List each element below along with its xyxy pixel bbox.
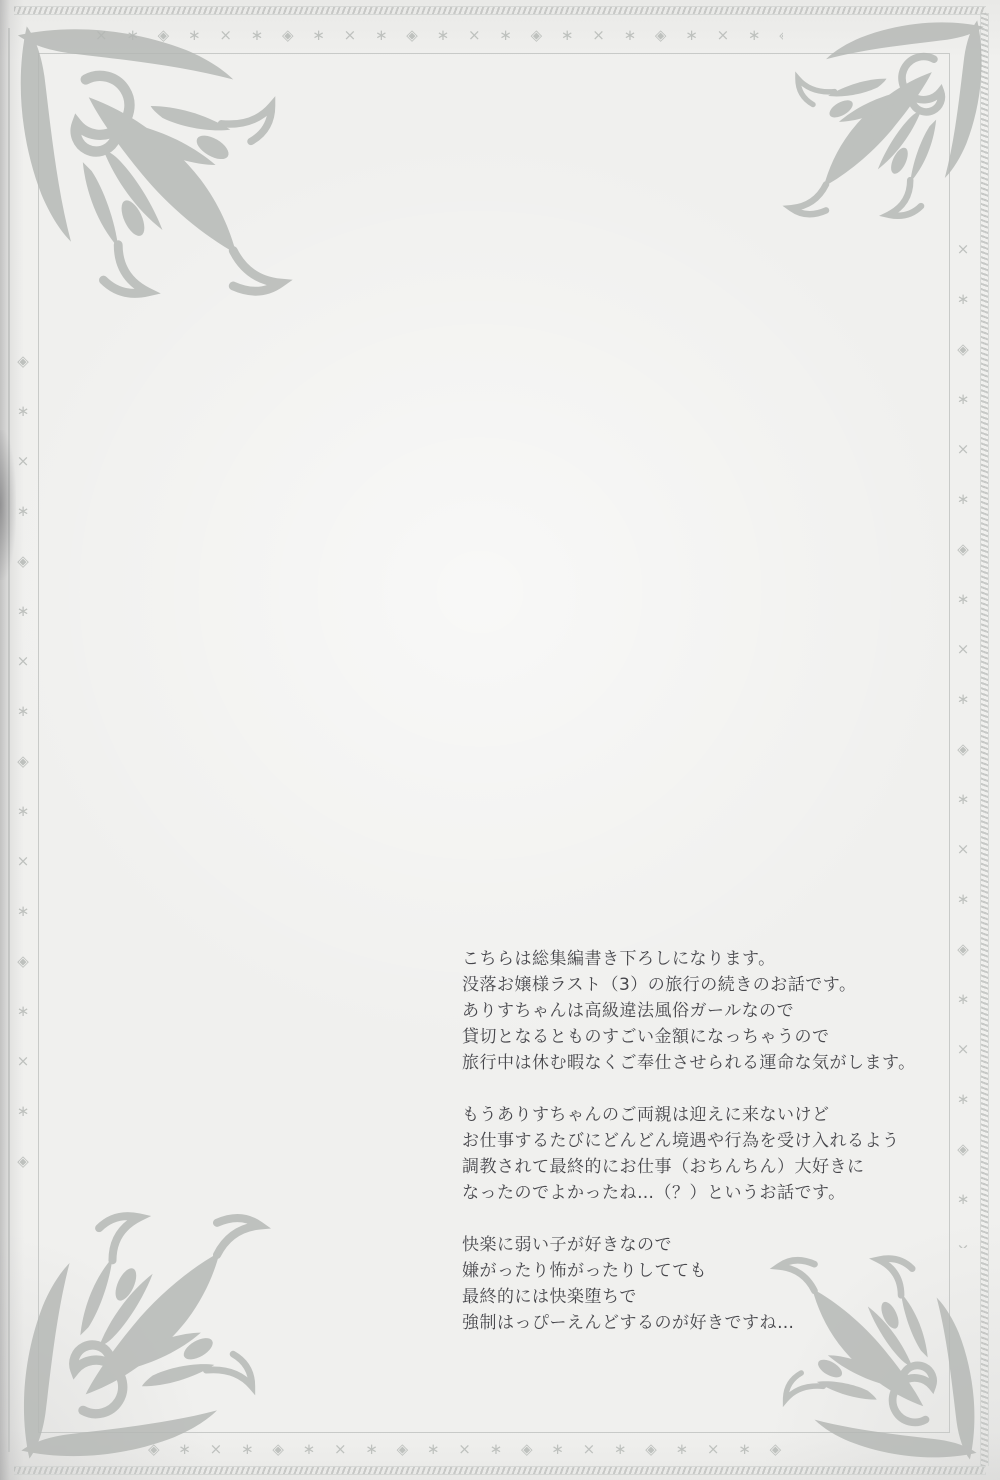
afterword-line: なったのでよかったね…（？）というお話です。 [462,1180,932,1206]
afterword-line: お仕事するたびにどんどん境遇や行為を受け入れるよう [462,1128,932,1154]
floral-flourish-icon [12,18,307,318]
motif-band-bottom: ◈ ∗ × ∗ ◈ ∗ × ∗ ◈ ∗ × ∗ ◈ ∗ × ∗ ◈ ∗ × ∗ … [148,1436,788,1462]
afterword-line: 調教されて最終的にお仕事（おちんちん）大好きに [462,1154,932,1180]
scan-edge-shadow [0,0,24,1480]
afterword-line: 快楽に弱い子が好きなので [462,1232,932,1258]
afterword-line: 没落お嬢様ラスト（3）の旅行の続きのお話です。 [462,972,932,998]
scanned-page: × ∗ ◈ ∗ × ∗ ◈ ∗ × ∗ ◈ ∗ × ∗ ◈ ∗ × ∗ ◈ ∗ … [0,0,1000,1480]
afterword-line: もうありすちゃんのご両親は迎えに来ないけど [462,1102,932,1128]
afterword-line: 最終的には快楽堕ちで [462,1284,932,1310]
afterword-line: 嫌がったり怖がったりしてても [462,1258,932,1284]
afterword-paragraph: もうありすちゃんのご両親は迎えに来ないけど お仕事するたびにどんどん境遇や行為を… [462,1102,932,1206]
afterword-line: こちらは総集編書き下ろしになります。 [462,946,932,972]
afterword-text-block: こちらは総集編書き下ろしになります。 没落お嬢様ラスト（3）の旅行の続きのお話で… [462,946,932,1362]
afterword-line: 旅行中は休む暇なくご奉仕させられる運命な気がします。 [462,1050,932,1076]
rope-border-bottom [14,1466,986,1475]
afterword-paragraph: 快楽に弱い子が好きなので 嫌がったり怖がったりしてても 最終的には快楽堕ちで 強… [462,1232,932,1336]
afterword-paragraph: こちらは総集編書き下ろしになります。 没落お嬢様ラスト（3）の旅行の続きのお話で… [462,946,932,1076]
afterword-line: ありすちゃんは高級違法風俗ガールなので [462,998,932,1024]
afterword-line: 強制はっぴーえんどするのが好きですね… [462,1310,932,1336]
rope-border-right [980,13,989,1466]
motif-band-left: ◈ ∗ × ∗ ◈ ∗ × ∗ ◈ ∗ × ∗ ◈ ∗ × ∗ ◈ ∗ × ∗ … [10,352,36,1204]
floral-flourish-icon [12,1196,288,1464]
afterword-line: 貸切となるとものすごい金額になっちゃうので [462,1024,932,1050]
page-edge-line [8,28,10,1452]
rope-border-top [14,6,986,15]
motif-band-top: × ∗ ◈ ∗ × ∗ ◈ ∗ × ∗ ◈ ∗ × ∗ ◈ ∗ × ∗ ◈ ∗ … [95,22,783,48]
motif-band-right: × ∗ ◈ ∗ × ∗ ◈ ∗ × ∗ ◈ ∗ × ∗ ◈ ∗ × ∗ ◈ ∗ … [950,240,976,1248]
floral-flourish-icon [772,16,988,232]
